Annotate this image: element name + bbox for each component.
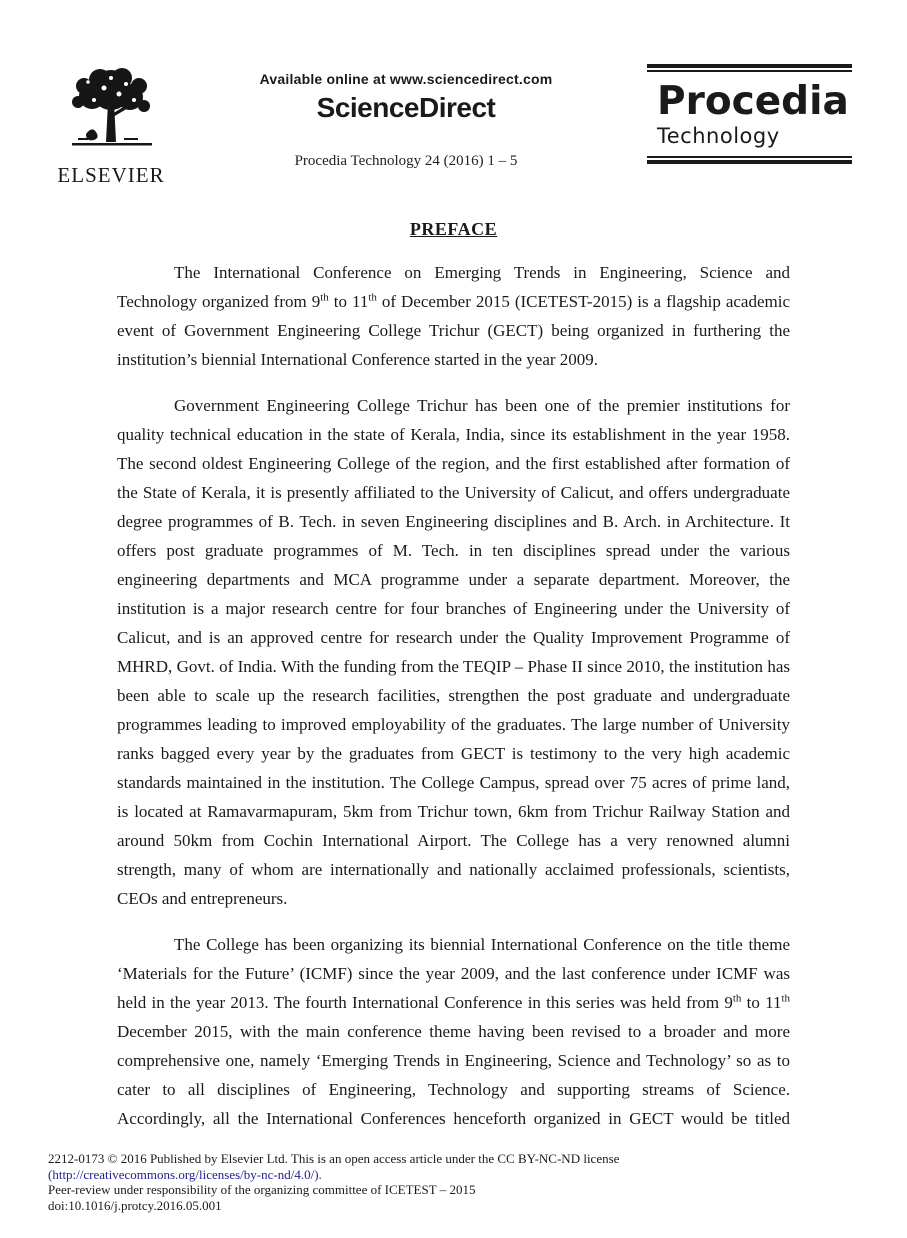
elsevier-tree-icon: [64, 144, 159, 161]
page-header: ELSEVIER Available online at www.science…: [57, 64, 852, 188]
available-online-text: Available online at www.sciencedirect.co…: [165, 71, 647, 87]
body-paragraph: The College has been organizing its bien…: [117, 930, 790, 1133]
issn-copyright-line: 2212-0173 © 2016 Published by Elsevier L…: [48, 1151, 748, 1167]
procedia-logo-text: Procedia Technology: [647, 72, 852, 156]
page-footer: 2212-0173 © 2016 Published by Elsevier L…: [48, 1151, 748, 1213]
body-paragraph: Government Engineering College Trichur h…: [117, 391, 790, 913]
doi-line: doi:10.1016/j.protcy.2016.05.001: [48, 1198, 748, 1214]
procedia-journal-logo: Procedia Technology: [647, 64, 852, 164]
elsevier-logo: ELSEVIER: [57, 64, 165, 188]
journal-citation: Procedia Technology 24 (2016) 1 – 5: [165, 153, 647, 170]
document-body: The International Conference on Emerging…: [117, 258, 790, 1150]
procedia-rule-bottom-thin: [647, 156, 852, 158]
sciencedirect-wordmark: ScienceDirect: [165, 92, 647, 124]
procedia-rule-bottom-thick: [647, 160, 852, 164]
license-link[interactable]: (http://creativecommons.org/licenses/by-…: [48, 1167, 322, 1182]
page-title: PREFACE: [0, 219, 907, 240]
elsevier-wordmark: ELSEVIER: [57, 163, 165, 188]
peer-review-line: Peer-review under responsibility of the …: [48, 1182, 748, 1198]
procedia-rule-top-thick: [647, 64, 852, 68]
procedia-title: Procedia: [657, 82, 852, 121]
body-paragraph: The International Conference on Emerging…: [117, 258, 790, 374]
page: ELSEVIER Available online at www.science…: [0, 0, 907, 1238]
header-center: Available online at www.sciencedirect.co…: [165, 64, 647, 170]
procedia-subtitle: Technology: [657, 124, 852, 148]
